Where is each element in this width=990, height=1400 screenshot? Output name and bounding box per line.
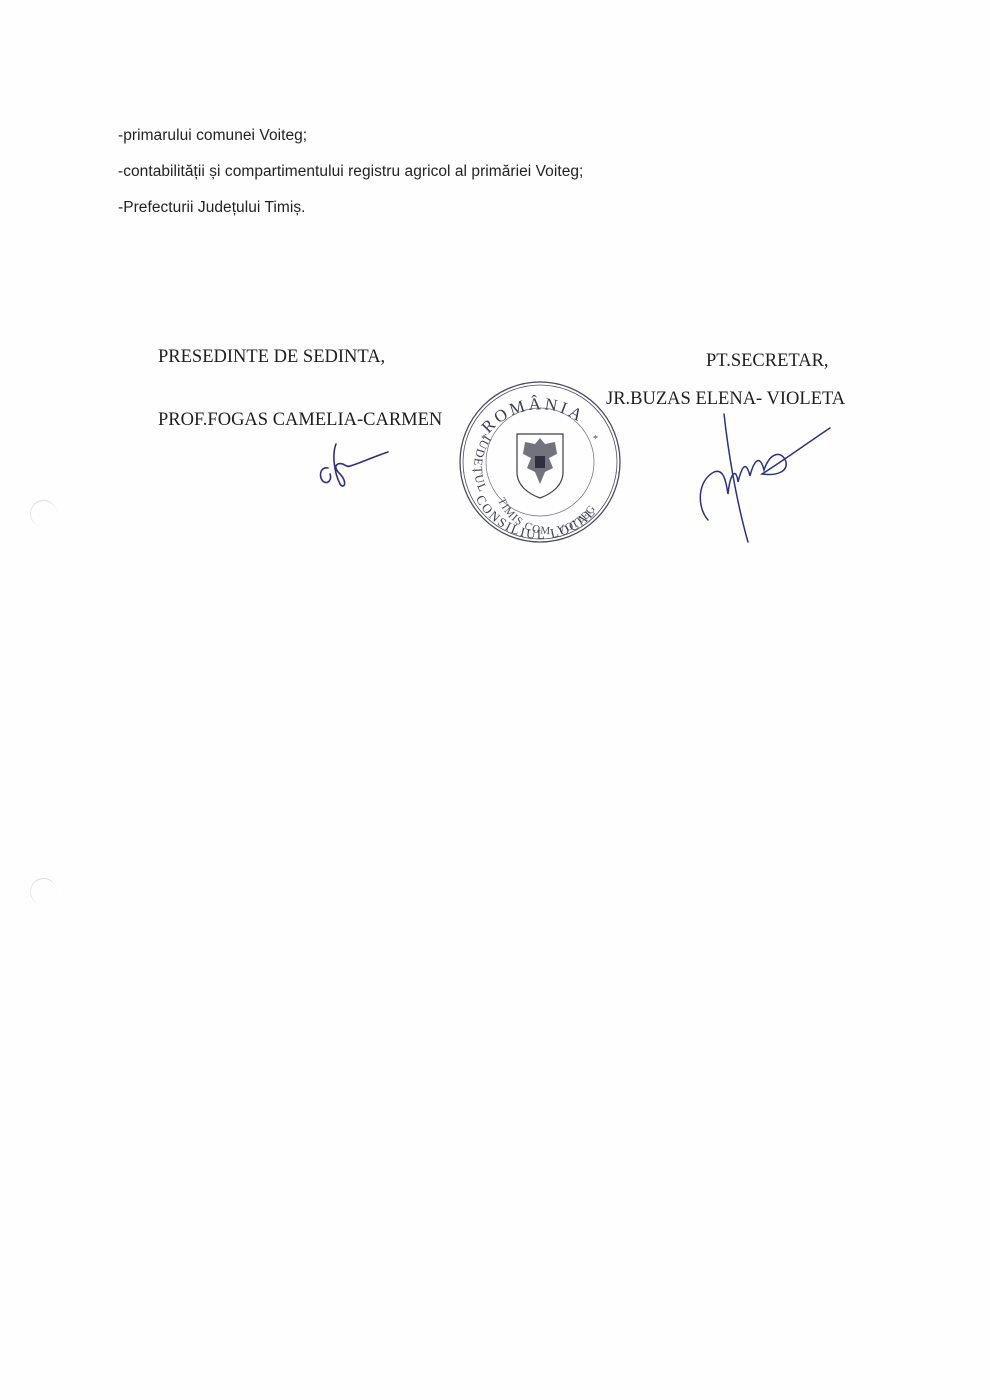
coat-of-arms-icon [517, 434, 563, 498]
distribution-item: -contabilității și compartimentului regi… [118, 163, 583, 181]
distribution-item: -Prefecturii Județului Timiș. [118, 199, 306, 217]
secretary-name: JR.BUZAS ELENA- VIOLETA [606, 389, 845, 410]
document-page: -primarului comunei Voiteg; -contabilită… [0, 0, 990, 1400]
distribution-item: -primarului comunei Voiteg; [118, 127, 307, 145]
secretary-role: PT.SECRETAR, [706, 351, 829, 372]
svg-text:CONSILIUL LOCAL: CONSILIUL LOCAL [473, 492, 599, 541]
chairman-signature [310, 438, 400, 493]
stamp-outer-text: CONSILIUL LOCAL [473, 492, 599, 541]
svg-text:*: * [481, 434, 486, 445]
chairman-role: PRESEDINTE DE SEDINTA, [158, 347, 385, 368]
svg-text:*: * [593, 434, 598, 445]
secretary-signature [690, 410, 840, 550]
punch-hole-mark [30, 500, 57, 527]
punch-hole-mark [30, 878, 57, 905]
chairman-name: PROF.FOGAS CAMELIA-CARMEN [158, 410, 442, 431]
official-stamp: ROMÂNIA JUDEȚUL TIMIȘ COM. VOITEG CONSIL… [455, 372, 625, 550]
